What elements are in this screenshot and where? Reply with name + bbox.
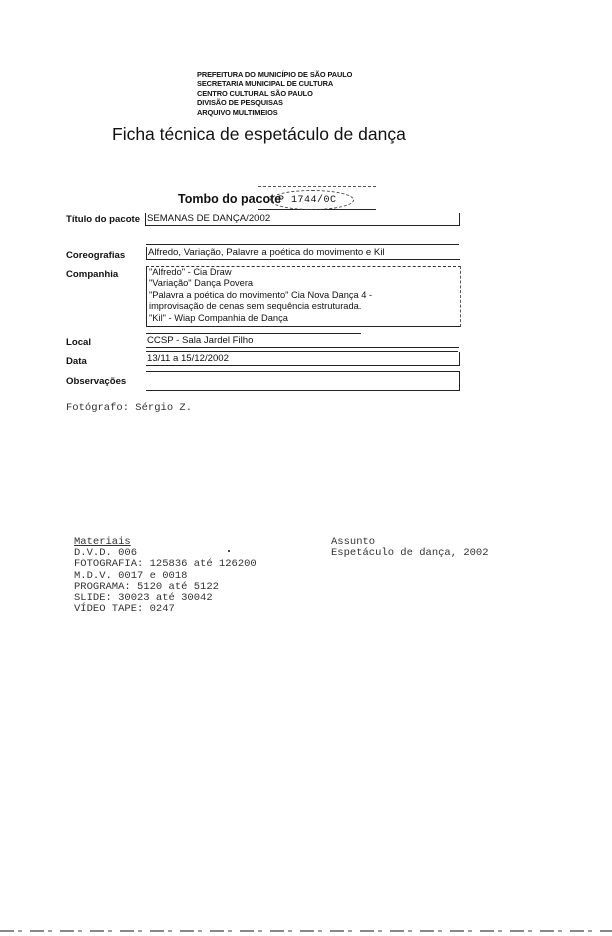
divider — [258, 186, 376, 187]
data-value: 13/11 a 15/12/2002 — [147, 353, 229, 364]
materiais-item: FOTOGRAFIA: 125836 até 126200 — [74, 559, 257, 570]
companhia-label: Companhia — [66, 269, 118, 280]
header-line: ARQUIVO MULTIMEIOS — [197, 108, 352, 117]
header-line: PREFEITURA DO MUNICÍPIO DE SÃO PAULO — [197, 70, 352, 79]
companhia-line: "Variação" Dança Povera — [147, 278, 460, 289]
materiais-item: VÍDEO TAPE: 0247 — [74, 604, 257, 615]
titulo-field: SEMANAS DE DANÇA/2002 — [145, 213, 460, 226]
titulo-value: SEMANAS DE DANÇA/2002 — [147, 213, 270, 224]
materiais-section: Materiais D.V.D. 006 FOTOGRAFIA: 125836 … — [74, 537, 257, 615]
local-label: Local — [66, 337, 91, 348]
companhia-field: "Alfredo" - Cia Draw "Variação" Dança Po… — [146, 266, 461, 327]
local-field: CCSP - Sala Jardel Filho — [146, 335, 459, 348]
data-field: 13/11 a 15/12/2002 — [146, 352, 460, 366]
header-line: CENTRO CULTURAL SÃO PAULO — [197, 89, 352, 98]
data-label: Data — [66, 356, 87, 367]
observacoes-field — [146, 371, 460, 391]
observacoes-label: Observações — [66, 376, 126, 387]
header-line: SECRETARIA MUNICIPAL DE CULTURA — [197, 79, 352, 88]
companhia-line: improvisação de cenas sem sequência estr… — [147, 301, 460, 312]
coreografias-value: Alfredo, Variação, Palavre a poética do … — [148, 247, 385, 258]
divider — [146, 333, 361, 334]
header-line: DIVISÃO DE PESQUISAS — [197, 98, 352, 107]
coreografias-field: Alfredo, Variação, Palavre a poética do … — [146, 247, 460, 260]
companhia-line: "Kil" - Wiap Companhia de Dança — [147, 313, 460, 324]
fotografo-note: Fotógrafo: Sérgio Z. — [66, 402, 192, 414]
tombo-value: P 1744/0C — [278, 195, 337, 206]
scan-speck — [228, 550, 230, 552]
institution-header: PREFEITURA DO MUNICÍPIO DE SÃO PAULO SEC… — [197, 70, 352, 117]
scan-artifact-line — [0, 930, 612, 932]
companhia-line: "Palavra a poética do movimento" Cia Nov… — [147, 290, 460, 301]
local-value: CCSP - Sala Jardel Filho — [147, 335, 253, 346]
assunto-value: Espetáculo de dança, 2002 — [331, 548, 489, 559]
companhia-line: "Alfredo" - Cia Draw — [147, 267, 460, 278]
document-title: Ficha técnica de espetáculo de dança — [112, 124, 406, 145]
titulo-label: Título do pacote — [66, 214, 140, 225]
assunto-section: Assunto Espetáculo de dança, 2002 — [331, 537, 489, 559]
tombo-field: P 1744/0C — [258, 193, 376, 210]
divider — [146, 244, 459, 245]
coreografias-label: Coreografias — [66, 250, 125, 261]
